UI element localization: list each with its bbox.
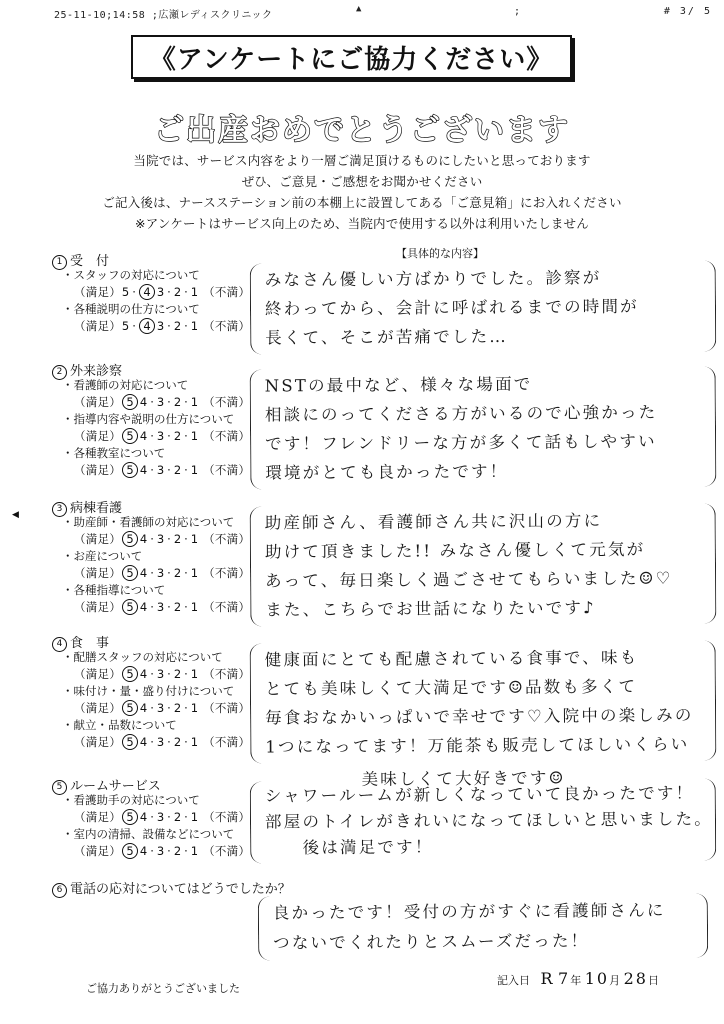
comment-reception[interactable]: みなさん優しい方ばかりでした。診察が 終わってから、会計に呼ばれるまでの時間が …: [250, 260, 717, 354]
entry-date-month: 10: [585, 969, 609, 988]
selected-rating: 5: [122, 599, 138, 615]
selected-rating: 4: [139, 284, 155, 300]
selected-rating: 4: [139, 318, 155, 334]
intro-text: 当院では、サービス内容をより一層ご満足頂けるものにしたいと思っております ぜひ、…: [0, 150, 724, 234]
entry-date-era: R: [541, 969, 555, 988]
comment-outpatient[interactable]: NSTの最中など、様々な場面で 相談にのってくださる方がいるので心強かった です…: [250, 366, 717, 489]
selected-rating: 5: [122, 394, 138, 410]
selected-rating: 5: [122, 809, 138, 825]
intro-line: ぜひ、ご意見・ご感想をお聞かせください: [0, 171, 724, 192]
selected-rating: 5: [122, 565, 138, 581]
comment-phone-response[interactable]: 良かったです！受付の方がすぐに看護師さんに つないでくれたりとスムーズだった！: [258, 893, 708, 960]
fax-header: 25-11-10;14:58 ;広瀬レディスクリニック ▲ ; # 3/ 5: [54, 6, 714, 22]
selected-rating: 5: [122, 531, 138, 547]
congratulations-heading: ご出産おめでとうございます: [0, 105, 724, 149]
fax-marker: ▲: [356, 4, 361, 14]
comment-ward-nursing[interactable]: 助産師さん、看護師さん共に沢山の方に 助けて頂きました!! みなさん優しくて元気…: [250, 503, 717, 626]
selected-rating: 5: [122, 462, 138, 478]
intro-line: ご記入後は、ナースステーション前の本棚上に設置してある「ご意見箱」にお入れくださ…: [0, 192, 724, 213]
side-marker-icon: ◀: [12, 510, 19, 520]
comment-room-service[interactable]: シャワールームが新しくなっていて良かったです！ 部屋のトイレがきれいになってほし…: [250, 778, 717, 863]
comment-meals[interactable]: 健康面にとても配慮されている食事で、味も とても美味しくて大満足です☺品数も多く…: [250, 640, 717, 763]
selected-rating: 5: [122, 666, 138, 682]
fax-page-number: # 3/ 5: [664, 6, 712, 17]
entry-date-day: 28: [624, 969, 648, 988]
survey-title: 《アンケートにご協力ください》: [131, 35, 572, 79]
intro-line: ※アンケートはサービス向上のため、当院内で使用する以外は利用いたしません: [0, 213, 724, 234]
entry-date[interactable]: 記入日 R 7年 10月 28日: [497, 969, 659, 988]
thanks-text: ご協力ありがとうございました: [86, 980, 240, 996]
selected-rating: 5: [122, 700, 138, 716]
selected-rating: 5: [122, 843, 138, 859]
entry-date-year: 7: [558, 969, 570, 988]
fax-timestamp-sender: 25-11-10;14:58 ;広瀬レディスクリニック: [54, 6, 272, 21]
fax-separator: ;: [514, 6, 520, 17]
selected-rating: 5: [122, 734, 138, 750]
selected-rating: 5: [122, 428, 138, 444]
entry-date-label: 記入日: [497, 974, 530, 987]
intro-line: 当院では、サービス内容をより一層ご満足頂けるものにしたいと思っております: [0, 150, 724, 171]
